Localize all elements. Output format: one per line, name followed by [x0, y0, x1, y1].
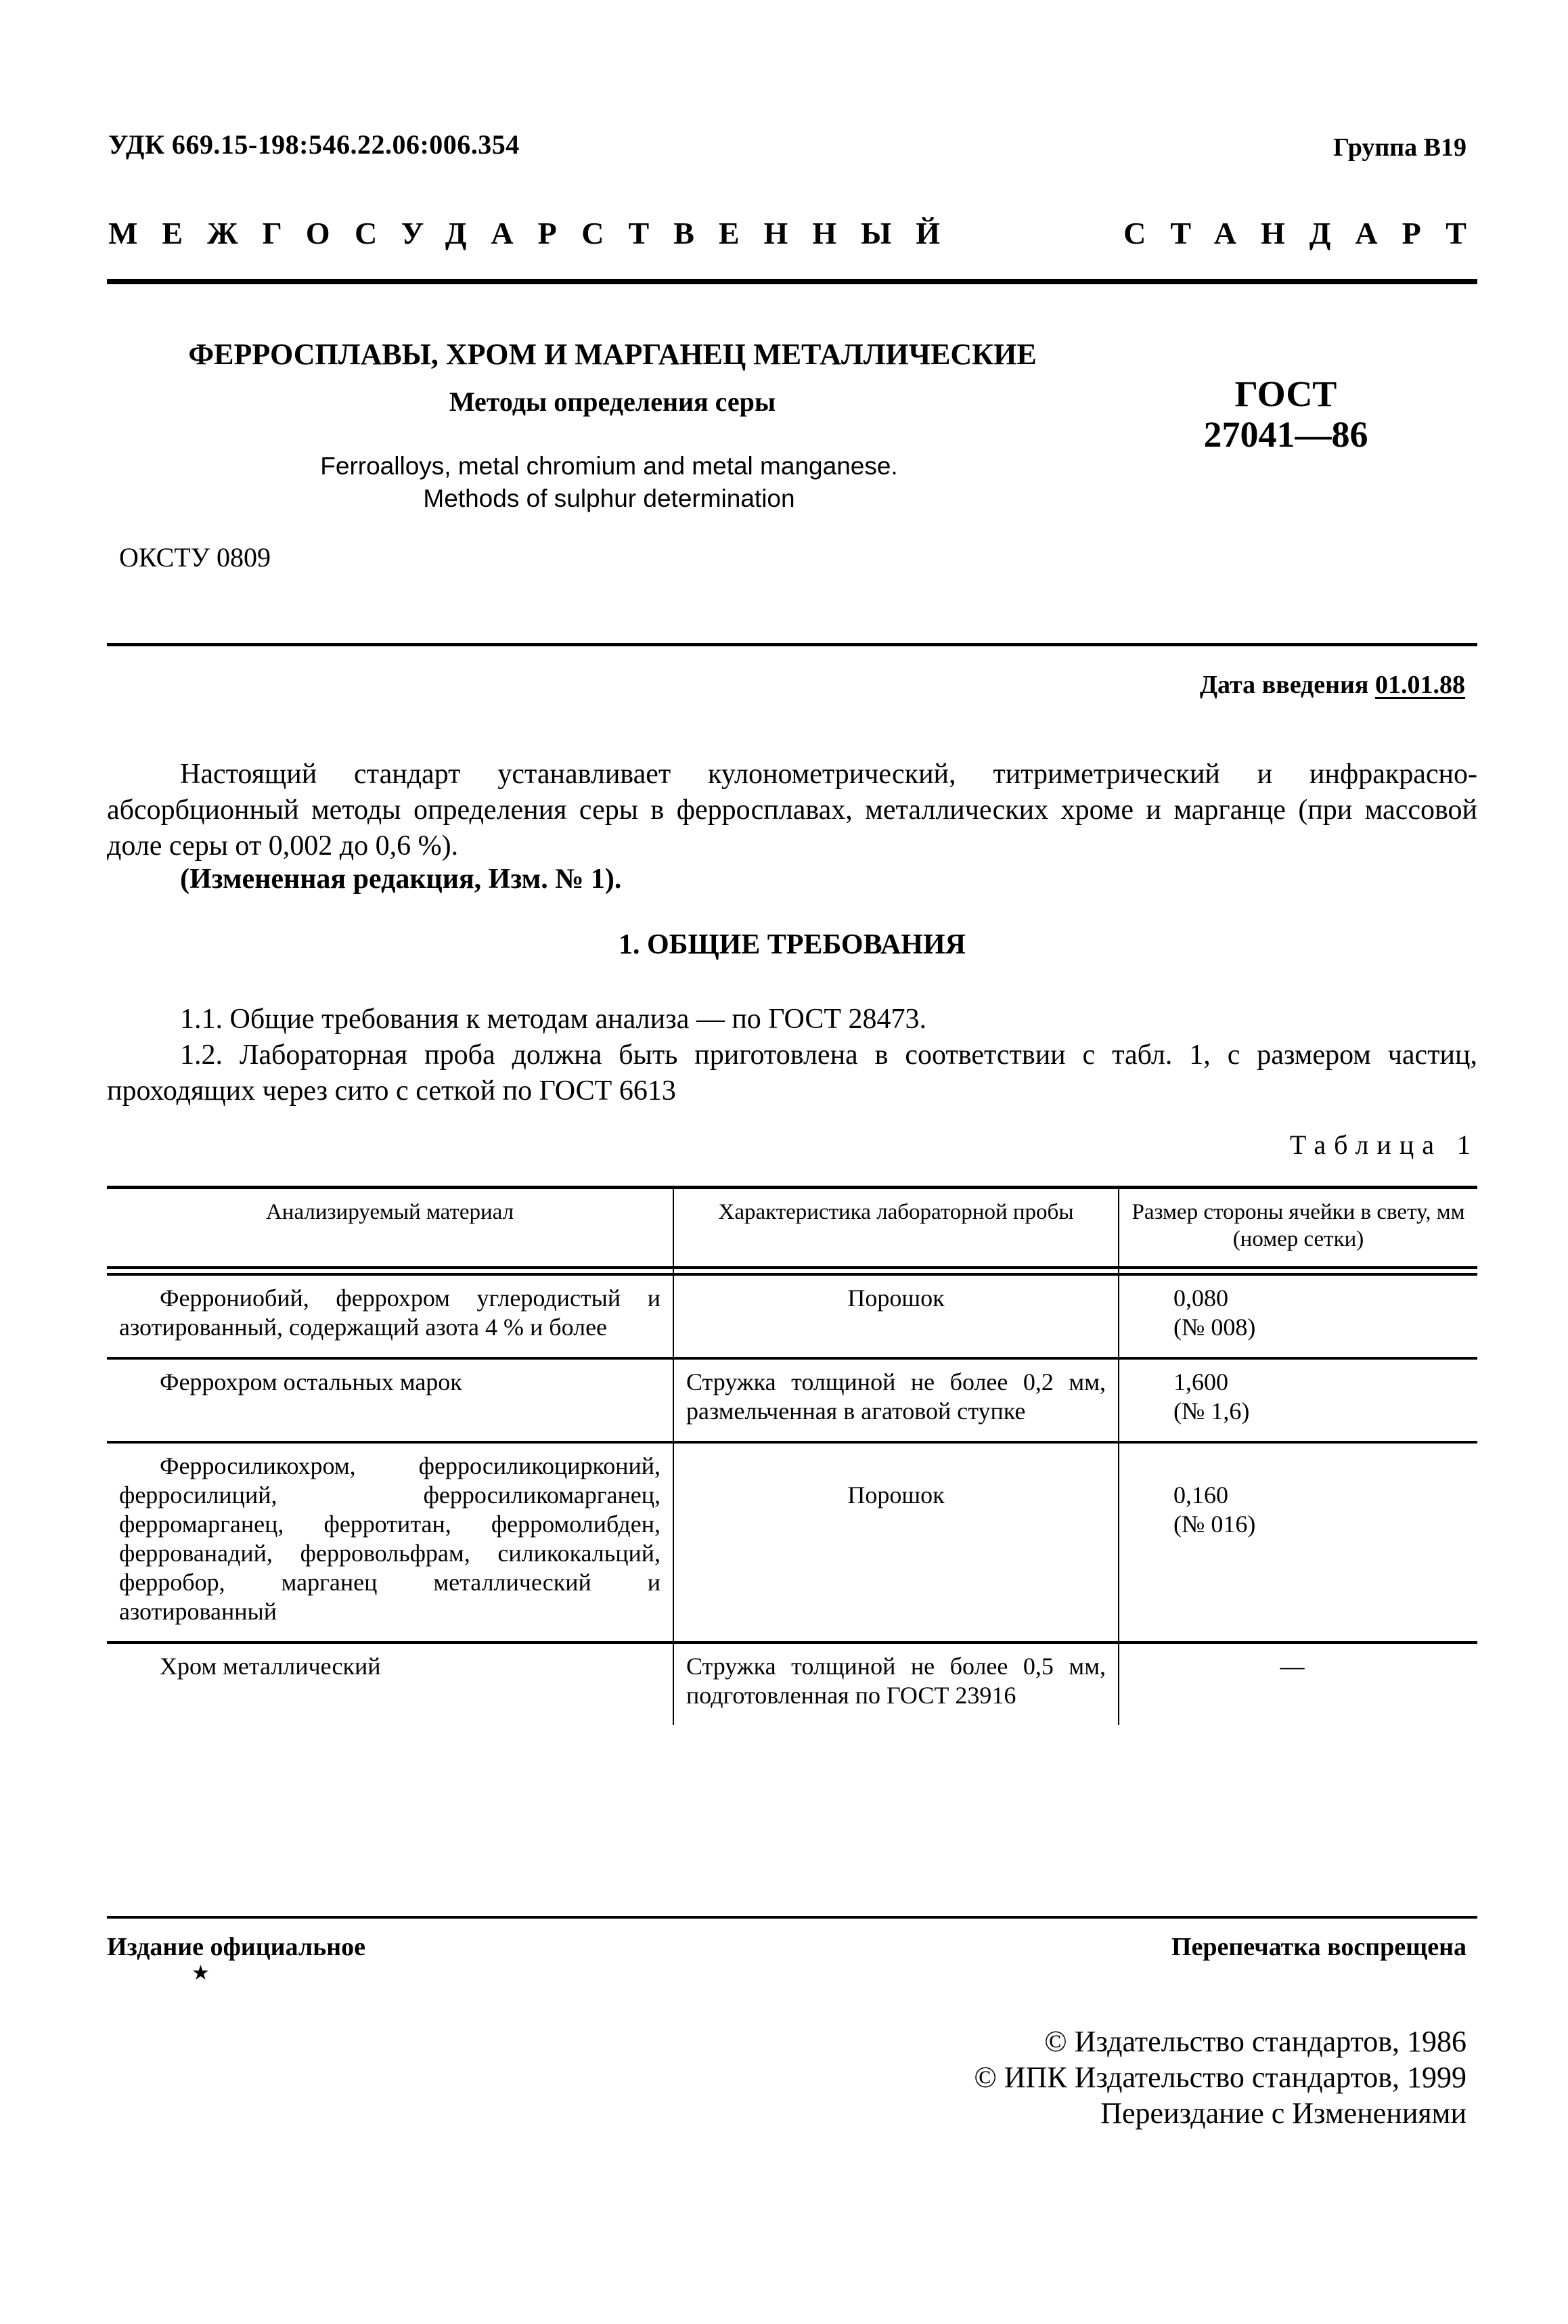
cell-mesh: 0,080 (№ 008)	[1119, 1274, 1477, 1358]
mesh-number: (№ 016)	[1173, 1510, 1465, 1539]
official-edition: Издание официальное	[107, 1932, 365, 1962]
english-title-line-1: Ferroalloys, metal chromium and metal ma…	[203, 452, 1015, 481]
intro-text: Настоящий стандарт устанавливает кулоном…	[107, 757, 1477, 864]
header-material: Анализируемый материал	[107, 1188, 673, 1268]
cell-mesh: —	[1119, 1643, 1477, 1725]
copyright-1986: © Издательство стандартов, 1986	[974, 2024, 1466, 2059]
table-row: Ферросиликохром, ферросиликоцирконий, фе…	[107, 1442, 1477, 1643]
interstate-word: МЕЖГОСУДАРСТВЕННЫЙ	[108, 215, 964, 251]
table-row: Хром металлический Стружка толщиной не б…	[107, 1643, 1477, 1725]
udk-code: УДК 669.15-198:546.22.06:006.354	[108, 129, 520, 160]
mesh-size: 0,080	[1173, 1284, 1465, 1313]
table-row: Феррониобий, феррохром углеродистый и аз…	[107, 1274, 1477, 1358]
cell-sample: Стружка толщиной не более 0,2 мм, размел…	[673, 1358, 1119, 1442]
interstate-standard-banner: МЕЖГОСУДАРСТВЕННЫЙ СТАНДАРТ	[108, 215, 1466, 251]
cell-mesh: 0,160 (№ 016)	[1119, 1442, 1477, 1643]
document-title: ФЕРРОСПЛАВЫ, ХРОМ И МАРГАНЕЦ МЕТАЛЛИЧЕСК…	[162, 337, 1062, 372]
copyright-1999: © ИПК Издательство стандартов, 1999	[974, 2059, 1466, 2095]
introduction-date-value: 01.01.88	[1375, 671, 1465, 699]
gost-number: 27041—86	[1164, 414, 1408, 455]
introduction-date: Дата введения 01.01.88	[1200, 670, 1465, 700]
gost-designation: ГОСТ 27041—86	[1164, 374, 1408, 455]
mesh-size: 1,600	[1173, 1368, 1465, 1397]
header-rule	[107, 279, 1477, 284]
copyright-block: © Издательство стандартов, 1986 © ИПК Из…	[974, 2024, 1466, 2131]
clause-1-1: 1.1. Общие требования к методам анализа …	[107, 1002, 1477, 1037]
gost-label: ГОСТ	[1164, 374, 1408, 414]
cell-sample: Порошок	[673, 1442, 1119, 1643]
table-1: Анализируемый материал Характеристика ла…	[107, 1186, 1477, 1725]
header-sample: Характеристика лабораторной пробы	[673, 1188, 1119, 1268]
mesh-size: 0,160	[1173, 1481, 1465, 1510]
section-heading: 1. ОБЩИЕ ТРЕБОВАНИЯ	[107, 929, 1477, 961]
cell-material: Феррониобий, феррохром углеродистый и аз…	[107, 1274, 673, 1358]
mesh-number: (№ 008)	[1173, 1313, 1465, 1342]
star-icon: ★	[192, 1961, 210, 1985]
cell-material: Феррохром остальных марок	[107, 1358, 673, 1442]
table-header-row: Анализируемый материал Характеристика ла…	[107, 1188, 1477, 1268]
clause-1-2: 1.2. Лабораторная проба должна быть приг…	[107, 1037, 1477, 1109]
intro-paragraph: Настоящий стандарт устанавливает кулоном…	[107, 757, 1477, 864]
cell-sample: Порошок	[673, 1274, 1119, 1358]
okstu-code: ОКСТУ 0809	[119, 541, 271, 573]
mesh-number: (№ 1,6)	[1173, 1397, 1465, 1426]
reissue-note: Переиздание с Изменениями	[974, 2095, 1466, 2131]
table-row: Феррохром остальных марок Стружка толщин…	[107, 1358, 1477, 1442]
mesh-size: —	[1119, 1652, 1465, 1681]
cell-material: Ферросиликохром, ферросиликоцирконий, фе…	[107, 1442, 673, 1643]
table-caption: Таблица 1	[1290, 1129, 1479, 1161]
cell-sample: Стружка толщиной не более 0,5 мм, подгот…	[673, 1643, 1119, 1725]
amendment-note: (Измененная редакция, Изм. № 1).	[180, 863, 621, 895]
cell-material: Хром металлический	[107, 1643, 673, 1725]
title-block-rule	[107, 643, 1477, 646]
introduction-date-label: Дата введения	[1200, 671, 1369, 699]
reprint-forbidden: Перепечатка воспрещена	[1171, 1932, 1466, 1962]
document-subtitle: Методы определения серы	[162, 386, 1062, 418]
cell-mesh: 1,600 (№ 1,6)	[1119, 1358, 1477, 1442]
group-code: Группа В19	[1333, 133, 1466, 162]
header-mesh: Размер стороны ячейки в свету, мм (номер…	[1119, 1188, 1477, 1268]
standard-word: СТАНДАРТ	[1123, 215, 1491, 251]
footer-rule	[107, 1916, 1477, 1919]
english-title-line-2: Methods of sulphur determination	[203, 485, 1015, 513]
section-1-paragraphs: 1.1. Общие требования к методам анализа …	[107, 1002, 1477, 1109]
header-double-rule	[107, 1268, 1477, 1274]
